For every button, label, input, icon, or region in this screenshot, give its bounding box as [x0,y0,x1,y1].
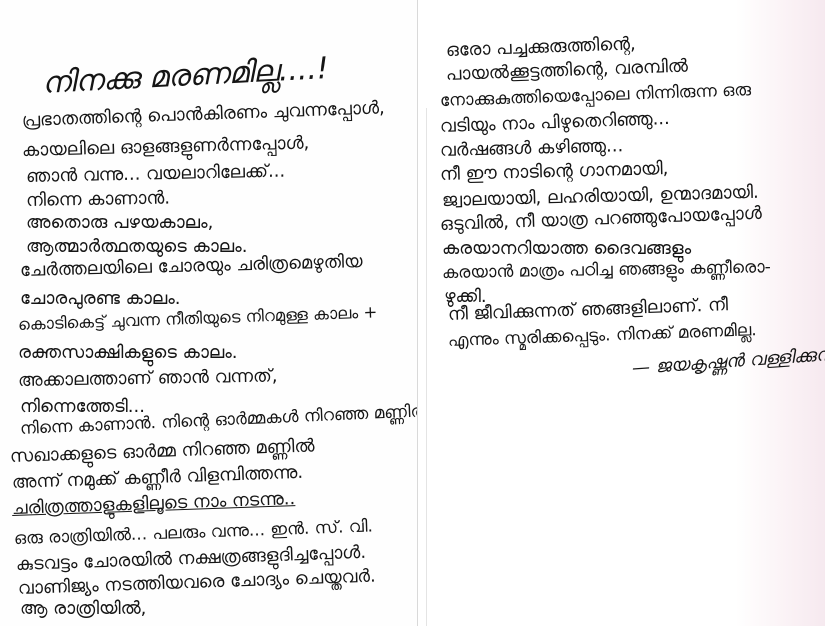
poem-line: കായലിലെ ഓളങ്ങളുണർന്നപ്പോൾ, [22,132,310,162]
poem-title: നിനക്കു മരണമില്ല....! [41,51,330,102]
poem-line: നിന്നെ കാണാൻ. [26,187,170,212]
scanned-notebook-spread: നിനക്കു മരണമില്ല....! പ്രഭാതത്തിന്റെ പൊൻ… [0,0,825,626]
poem-line: ചരിത്രത്താളുകളിലൂടെ നാം നടന്നു.. [12,488,296,520]
poem-line: പ്രഭാതത്തിന്റെ പൊൻകിരണം ചുവന്നപ്പോൾ, [22,97,385,132]
poem-line: കരയാനറിയാത്ത ദൈവങ്ങളും [442,238,691,260]
poem-line: ചോരപുരണ്ട കാലം. [20,288,181,310]
right-page-margin-line [426,108,427,626]
poem-line: ഞാൻ വന്നു... വയലാറിലേക്ക്... [26,161,286,188]
right-page: ഒരോ പച്ചക്കുരുത്തിന്റെ, പായൽക്കൂട്ടത്തിന… [418,0,825,626]
poem-line: വർഷങ്ങൾ കഴിഞ്ഞു... [440,135,624,162]
poem-line: ആ രാത്രിയിൽ, [20,598,146,620]
poem-line: അക്കാലത്താണ് ഞാൻ വന്നത്, [18,365,278,392]
poem-line: അതൊരു പഴയകാലം, [26,212,213,234]
poem-line: വടിയും നാം പിഴുതെറിഞ്ഞു... [440,108,670,138]
poem-line: രക്തസാക്ഷികളുടെ കാലം. [18,342,238,364]
poem-line: നീ ഈ നാടിന്റെ ഗാനമായി, [440,158,669,186]
left-page: നിനക്കു മരണമില്ല....! പ്രഭാതത്തിന്റെ പൊൻ… [0,0,418,626]
poem-line: കരയാൻ മാത്രം പഠിച്ച ഞങ്ങളും കണ്ണീരൊ- [442,256,771,284]
author-signature: — ജയകൃഷ്ണൻ വള്ളിക്കുന്ന് [631,343,825,379]
